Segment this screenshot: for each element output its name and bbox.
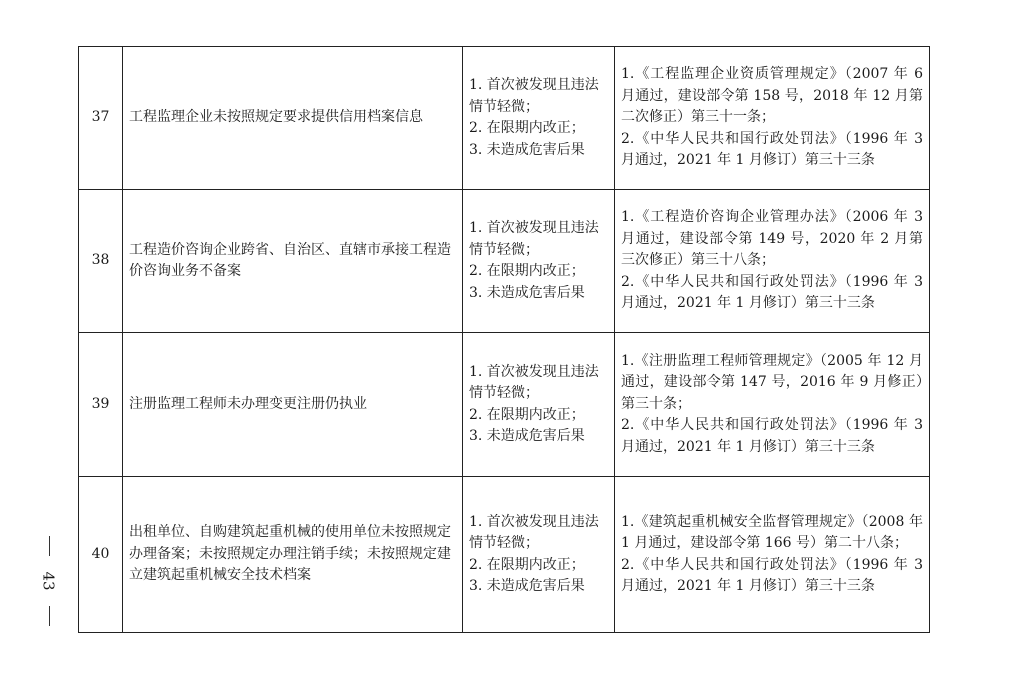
condition-line: 3. 未造成危害后果 (469, 426, 608, 448)
basis-line: 1.《工程造价咨询企业管理办法》（2006 年 3 月通过，建设部令第 149 … (621, 207, 923, 272)
legal-basis: 1.《工程造价咨询企业管理办法》（2006 年 3 月通过，建设部令第 149 … (615, 190, 930, 333)
legal-basis: 1.《建筑起重机械安全监督管理规定》（2008 年 1 月通过，建设部令第 16… (615, 477, 930, 633)
regulation-table: 37 工程监理企业未按照规定要求提供信用档案信息 1. 首次被发现且违法情节轻微… (78, 46, 930, 633)
exemption-conditions: 1. 首次被发现且违法情节轻微； 2. 在限期内改正； 3. 未造成危害后果 (463, 333, 615, 477)
condition-line: 1. 首次被发现且违法情节轻微； (469, 218, 608, 261)
condition-line: 2. 在限期内改正； (469, 118, 608, 140)
legal-basis: 1.《工程监理企业资质管理规定》（2007 年 6 月通过，建设部令第 158 … (615, 47, 930, 190)
condition-line: 2. 在限期内改正； (469, 555, 608, 577)
condition-line: 3. 未造成危害后果 (469, 140, 608, 162)
condition-line: 2. 在限期内改正； (469, 405, 608, 427)
exemption-conditions: 1. 首次被发现且违法情节轻微； 2. 在限期内改正； 3. 未造成危害后果 (463, 477, 615, 633)
violation-item: 工程造价咨询企业跨省、自治区、直辖市承接工程造价咨询业务不备案 (123, 190, 463, 333)
row-number: 40 (79, 477, 123, 633)
page-number: 43 (34, 536, 64, 626)
exemption-conditions: 1. 首次被发现且违法情节轻微； 2. 在限期内改正； 3. 未造成危害后果 (463, 47, 615, 190)
exemption-conditions: 1. 首次被发现且违法情节轻微； 2. 在限期内改正； 3. 未造成危害后果 (463, 190, 615, 333)
table-row: 38 工程造价咨询企业跨省、自治区、直辖市承接工程造价咨询业务不备案 1. 首次… (79, 190, 930, 333)
table-row: 40 出租单位、自购建筑起重机械的使用单位未按照规定办理备案；未按照规定办理注销… (79, 477, 930, 633)
table-row: 37 工程监理企业未按照规定要求提供信用档案信息 1. 首次被发现且违法情节轻微… (79, 47, 930, 190)
basis-line: 2.《中华人民共和国行政处罚法》（1996 年 3 月通过，2021 年 1 月… (621, 272, 923, 315)
basis-line: 1.《建筑起重机械安全监督管理规定》（2008 年 1 月通过，建设部令第 16… (621, 512, 923, 555)
basis-line: 2.《中华人民共和国行政处罚法》（1996 年 3 月通过，2021 年 1 月… (621, 555, 923, 598)
violation-item: 工程监理企业未按照规定要求提供信用档案信息 (123, 47, 463, 190)
condition-line: 1. 首次被发现且违法情节轻微； (469, 75, 608, 118)
condition-line: 3. 未造成危害后果 (469, 576, 608, 598)
page-number-dash-top (49, 536, 50, 556)
condition-line: 3. 未造成危害后果 (469, 283, 608, 305)
basis-line: 2.《中华人民共和国行政处罚法》（1996 年 3 月通过，2021 年 1 月… (621, 415, 923, 458)
row-number: 39 (79, 333, 123, 477)
page-number-text: 43 (40, 571, 58, 590)
row-number: 37 (79, 47, 123, 190)
page-number-dash-bottom (49, 606, 50, 626)
basis-line: 2.《中华人民共和国行政处罚法》（1996 年 3 月通过，2021 年 1 月… (621, 129, 923, 172)
basis-line: 1.《注册监理工程师管理规定》（2005 年 12 月通过，建设部令第 147 … (621, 351, 923, 416)
condition-line: 1. 首次被发现且违法情节轻微； (469, 362, 608, 405)
violation-item: 注册监理工程师未办理变更注册仍执业 (123, 333, 463, 477)
table-row: 39 注册监理工程师未办理变更注册仍执业 1. 首次被发现且违法情节轻微； 2.… (79, 333, 930, 477)
basis-line: 1.《工程监理企业资质管理规定》（2007 年 6 月通过，建设部令第 158 … (621, 64, 923, 129)
condition-line: 2. 在限期内改正； (469, 261, 608, 283)
row-number: 38 (79, 190, 123, 333)
condition-line: 1. 首次被发现且违法情节轻微； (469, 512, 608, 555)
violation-item: 出租单位、自购建筑起重机械的使用单位未按照规定办理备案；未按照规定办理注销手续；… (123, 477, 463, 633)
legal-basis: 1.《注册监理工程师管理规定》（2005 年 12 月通过，建设部令第 147 … (615, 333, 930, 477)
